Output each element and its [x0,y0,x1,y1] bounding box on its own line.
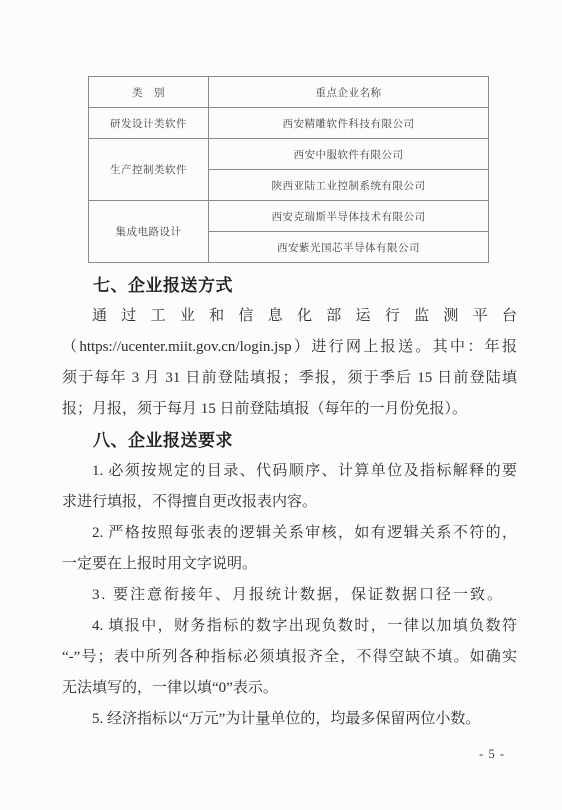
document-body: 七、企业报送方式 通过工业和信息化部运行监测平台 （https://ucente… [62,270,517,735]
company-cell: 西安克瑞斯半导体技术有限公司 [209,201,489,232]
section8-item2-line: 2. 严格按照每张表的逻辑关系审核，如有逻辑关系不符的， [62,518,517,549]
section8-item2-line: 一定要在上报时用文字说明。 [62,549,517,580]
section8-heading: 八、企业报送要求 [62,425,517,456]
section7-line: 报；月报，须于每月 15 日前登陆填报（每年的一月份免报）。 [62,394,517,425]
section8-item5-line: 5. 经济指标以“万元”为计量单位的，均最多保留两位小数。 [62,704,517,735]
section8-item4-line: 无法填写的，一律以填“0”表示。 [62,673,517,704]
section7-heading: 七、企业报送方式 [62,270,517,301]
section8-item4-line: “-”号；表中所列各种指标必须填报齐全，不得空缺不填。如确实 [62,642,517,673]
category-cell: 集成电路设计 [89,201,209,263]
table-row: 研发设计类软件 西安精雕软件科技有限公司 [89,108,489,139]
document-page: 类 别 重点企业名称 研发设计类软件 西安精雕软件科技有限公司 生产控制类软件 … [0,0,562,810]
key-enterprise-table: 类 别 重点企业名称 研发设计类软件 西安精雕软件科技有限公司 生产控制类软件 … [88,76,489,263]
category-cell: 研发设计类软件 [89,108,209,139]
section8-item4-line: 4. 填报中，财务指标的数字出现负数时，一律以加填负数符 [62,611,517,642]
section8-item3-line: 3. 要注意衔接年、月报统计数据，保证数据口径一致。 [62,580,517,611]
company-cell: 西安中服软件有限公司 [209,139,489,170]
section8-item1-line: 1. 必须按规定的目录、代码顺序、计算单位及指标解释的要 [62,456,517,487]
header-cell-category: 类 别 [89,77,209,108]
company-cell: 西安紫光国芯半导体有限公司 [209,232,489,263]
page-number: - 5 - [479,747,505,762]
company-cell: 西安精雕软件科技有限公司 [209,108,489,139]
section7-line: 通过工业和信息化部运行监测平台 [62,301,517,332]
company-cell: 陕西亚陆工业控制系统有限公司 [209,170,489,201]
section8-item1-line: 求进行填报，不得擅自更改报表内容。 [62,487,517,518]
header-cell-company: 重点企业名称 [209,77,489,108]
table-header-row: 类 别 重点企业名称 [89,77,489,108]
section7-line: 须于每年 3 月 31 日前登陆填报；季报，须于季后 15 日前登陆填 [62,363,517,394]
table-row: 生产控制类软件 西安中服软件有限公司 [89,139,489,170]
category-cell: 生产控制类软件 [89,139,209,201]
section7-line-url: （https://ucenter.miit.gov.cn/login.jsp）进… [62,332,517,363]
table-row: 集成电路设计 西安克瑞斯半导体技术有限公司 [89,201,489,232]
